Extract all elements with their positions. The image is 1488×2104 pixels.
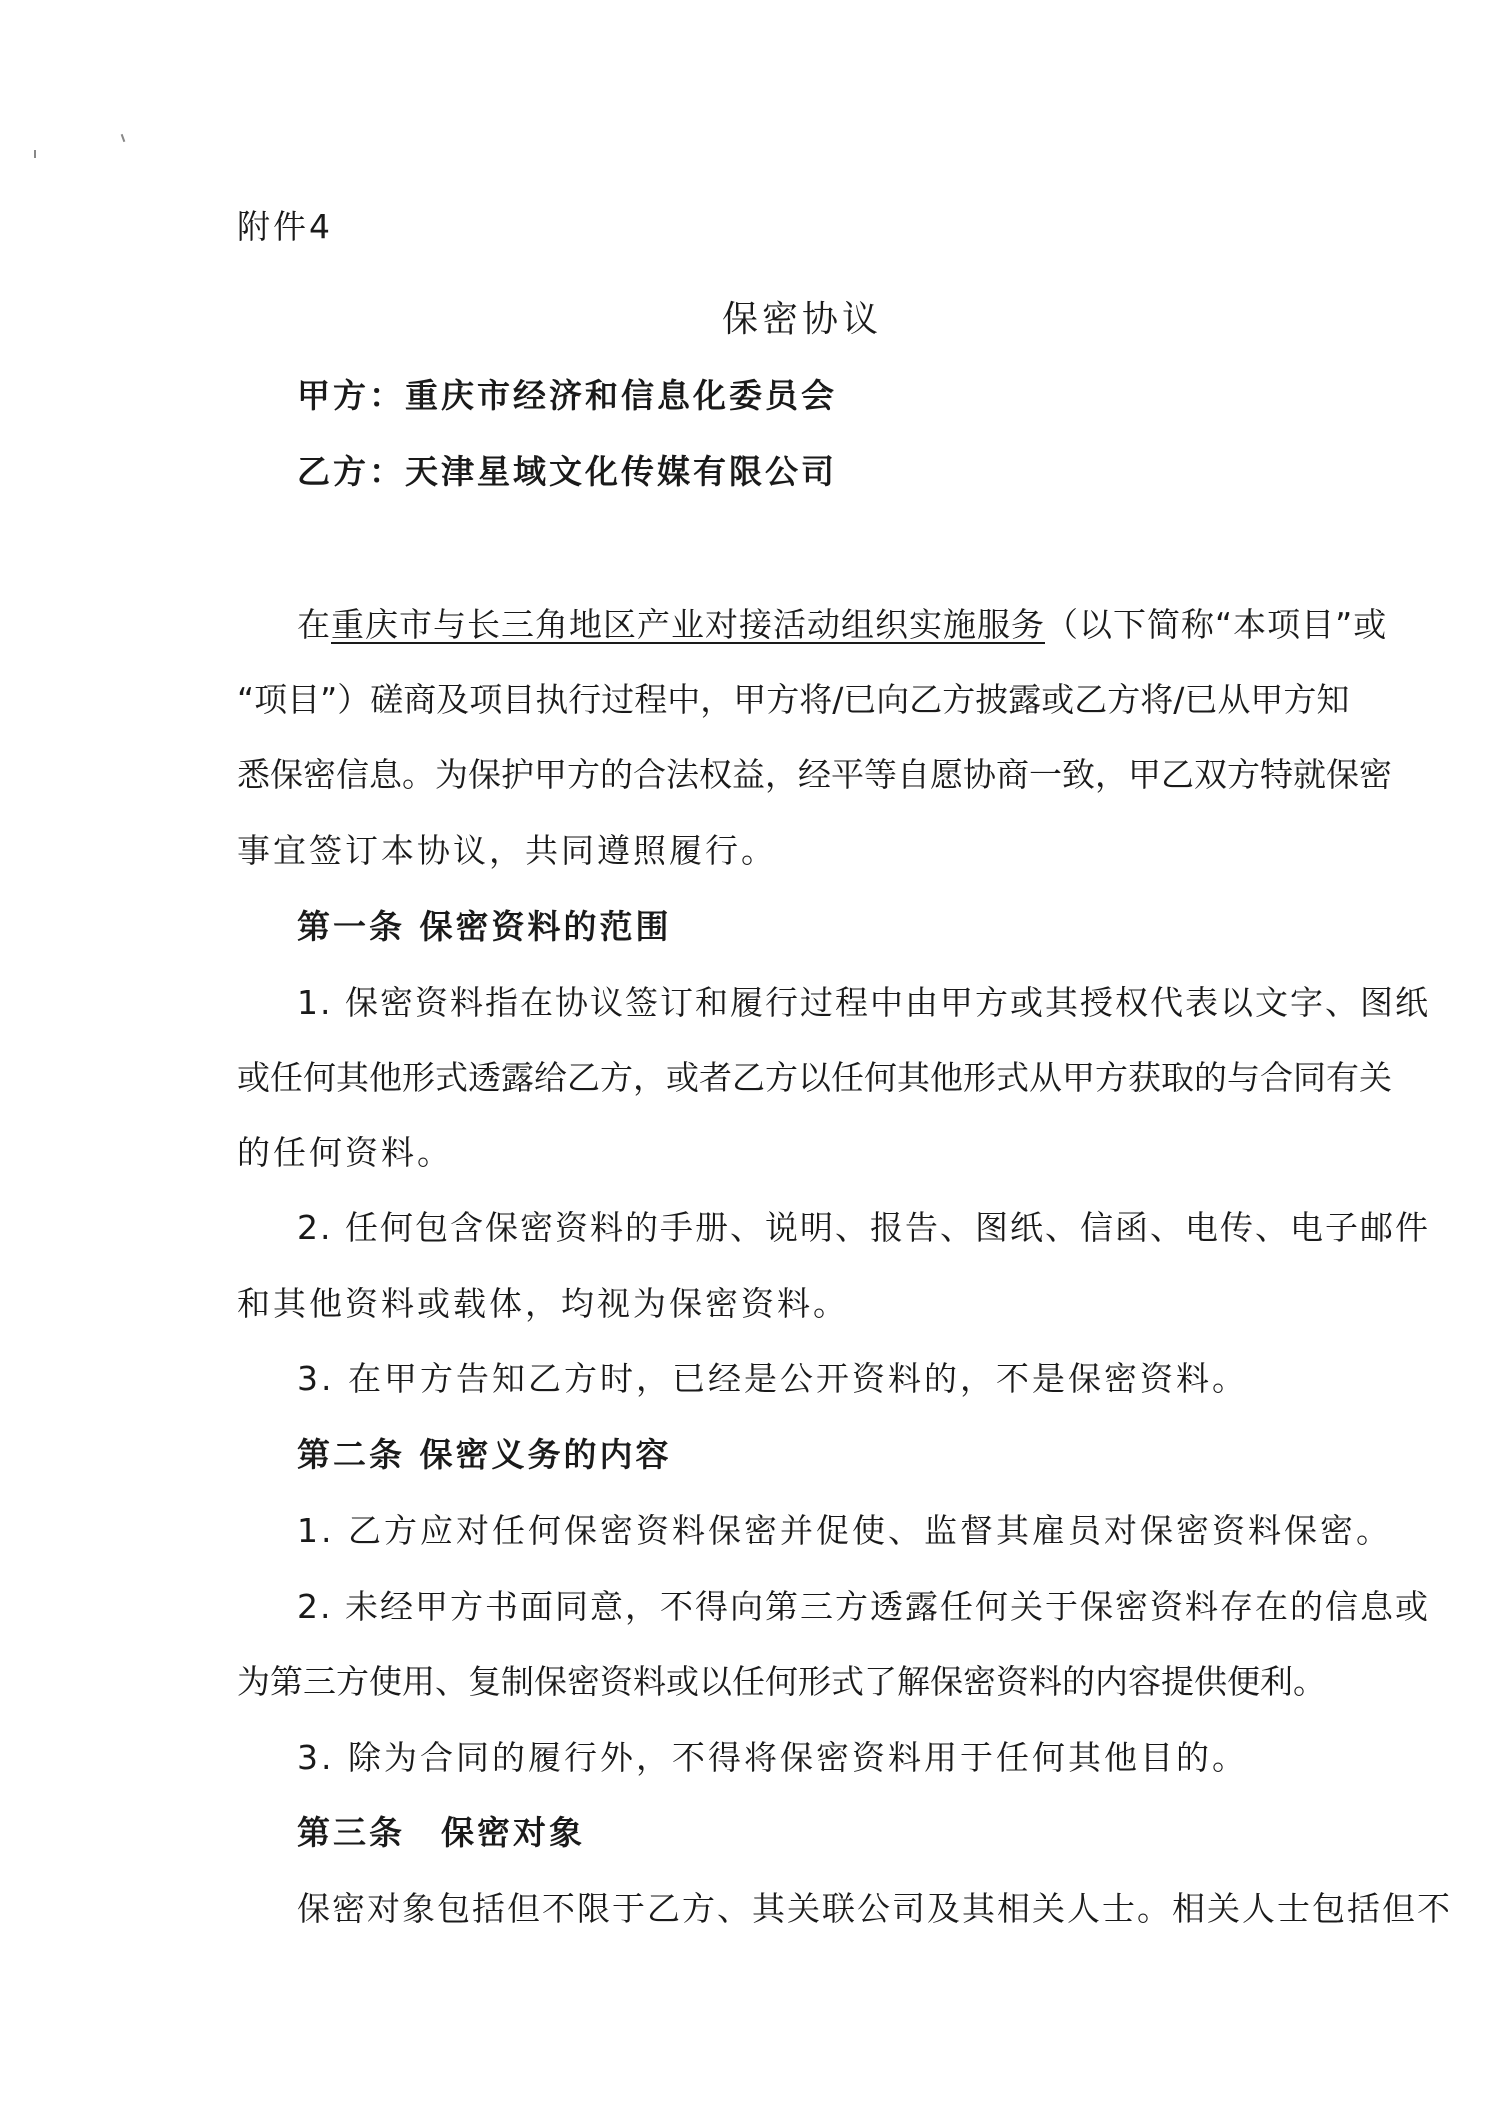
article-2-item-3: 3. 除为合同的履行外，不得将保密资料用于任何其他目的。 — [297, 1738, 1248, 1778]
article-1-heading: 第一条 保密资料的范围 — [297, 907, 672, 947]
article-3-body-line-1: 保密对象包括但不限于乙方、其关联公司及其相关人士。相关人士包括但不 — [297, 1889, 1452, 1929]
intro-suffix: （以下简称“本项目”或 — [1045, 605, 1387, 644]
intro-line-2: “项目”）磋商及项目执行过程中，甲方将/已向乙方披露或乙方将/已从甲方知 — [237, 680, 1279, 720]
scan-mark — [34, 150, 36, 158]
article-2-item-2-line-2: 为第三方使用、复制保密资料或以任何形式了解保密资料的内容提供便利。 — [237, 1662, 1279, 1702]
project-name: 重庆市与长三角地区产业对接活动组织实施服务 — [331, 605, 1045, 644]
article-1-item-1-line-3: 的任何资料。 — [237, 1133, 453, 1173]
intro-prefix: 在 — [297, 605, 331, 644]
party-a: 甲方：重庆市经济和信息化委员会 — [297, 376, 837, 416]
attachment-label: 附件4 — [237, 207, 333, 247]
article-2-item-2-line-1: 2. 未经甲方书面同意，不得向第三方透露任何关于保密资料存在的信息或 — [297, 1587, 1430, 1627]
scan-mark — [121, 134, 126, 142]
article-1-item-2-line-1: 2. 任何包含保密资料的手册、说明、报告、图纸、信函、电传、电子邮件 — [297, 1208, 1430, 1248]
article-1-item-1-line-1: 1. 保密资料指在协议签订和履行过程中由甲方或其授权代表以文字、图纸 — [297, 983, 1430, 1023]
article-2-item-1: 1. 乙方应对任何保密资料保密并促使、监督其雇员对保密资料保密。 — [297, 1511, 1392, 1551]
intro-line-4: 事宜签订本协议，共同遵照履行。 — [237, 831, 777, 871]
intro-line-3: 悉保密信息。为保护甲方的合法权益，经平等自愿协商一致，甲乙双方特就保密 — [237, 755, 1279, 795]
article-2-heading: 第二条 保密义务的内容 — [297, 1435, 672, 1475]
article-1-item-2-line-2: 和其他资料或载体，均视为保密资料。 — [237, 1284, 849, 1324]
article-1-item-3: 3. 在甲方告知乙方时，已经是公开资料的，不是保密资料。 — [297, 1359, 1248, 1399]
party-b: 乙方：天津星域文化传媒有限公司 — [297, 452, 837, 492]
document-title: 保密协议 — [722, 300, 882, 340]
intro-line-1: 在重庆市与长三角地区产业对接活动组织实施服务（以下简称“本项目”或 — [297, 605, 1387, 645]
article-3-heading: 第三条 保密对象 — [297, 1813, 585, 1853]
article-1-item-1-line-2: 或任何其他形式透露给乙方，或者乙方以任何其他形式从甲方获取的与合同有关 — [237, 1058, 1279, 1098]
